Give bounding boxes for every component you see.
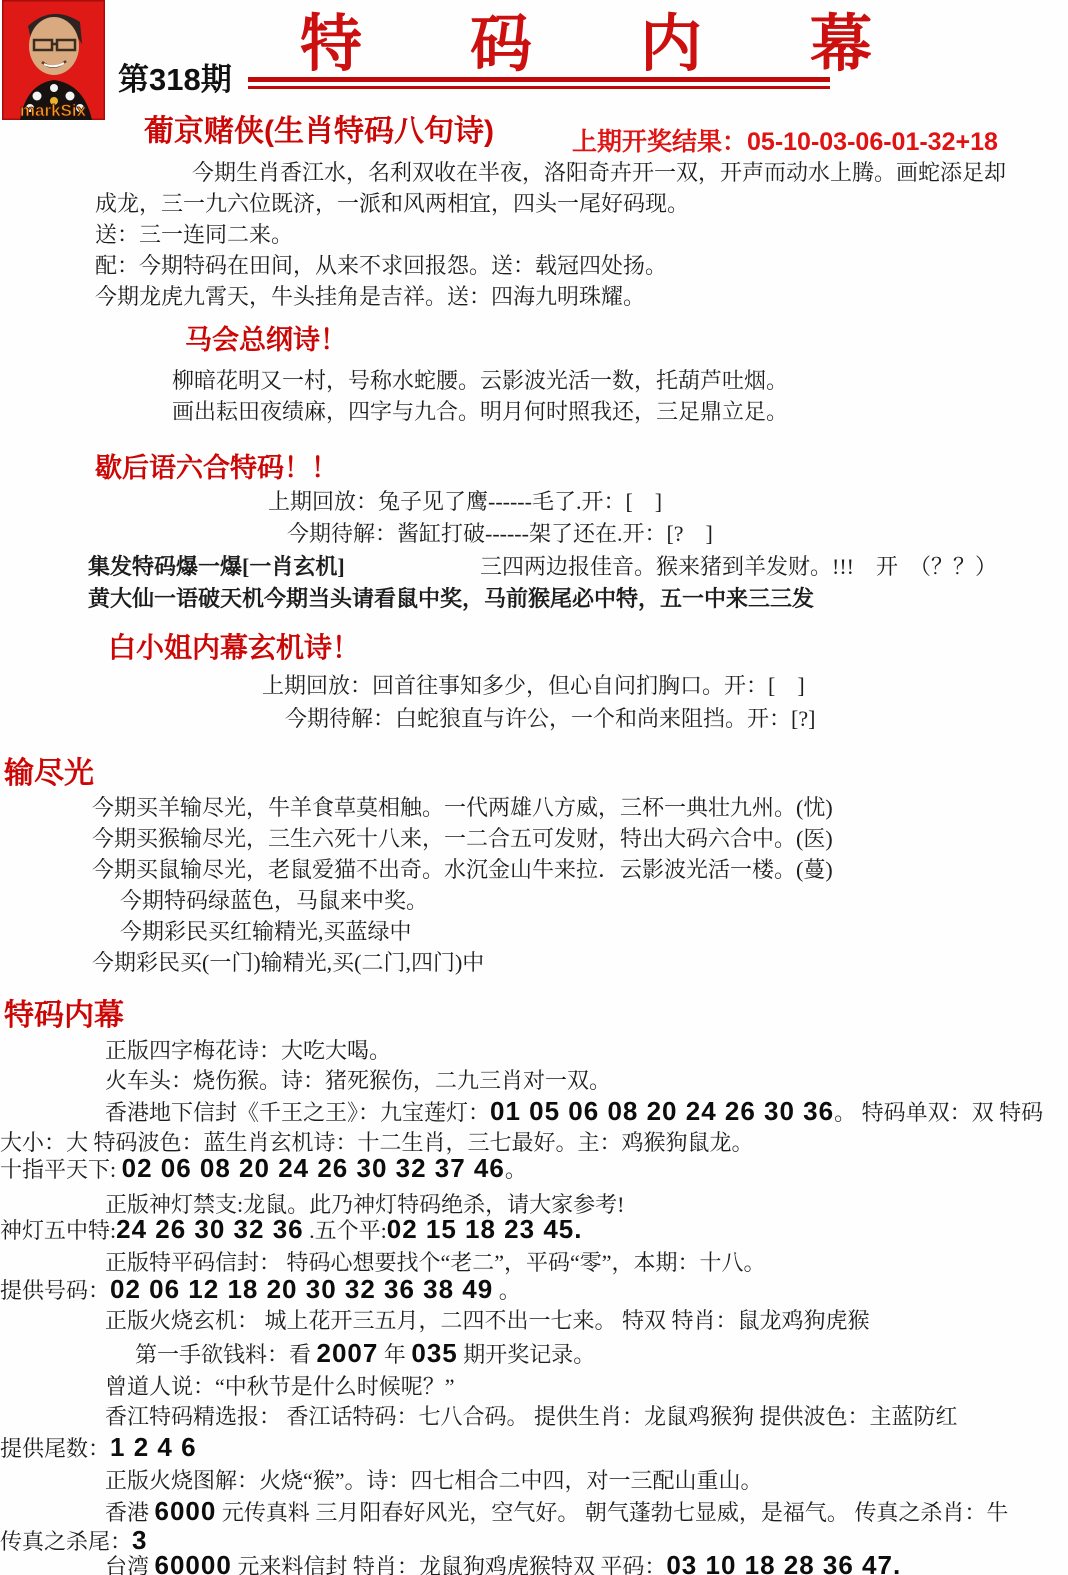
hk-amount: 6000	[155, 1496, 217, 1526]
tw-numbers: 03 10 18 28 36 47	[666, 1550, 893, 1575]
baixiaojie-last-line: 上期回放：回首往事知多少，但心自问扪胸口。开：[ ]	[262, 673, 805, 699]
section-heading-mahui: 马会总纲诗！	[185, 318, 347, 357]
neimu-wuzhong-line: 神灯五中特:24 26 30 32 36 .五个平:02 15 18 23 45…	[0, 1216, 582, 1244]
haoma-label: 提供号码：	[0, 1278, 110, 1303]
weishu-numbers: 1 2 4 6	[110, 1432, 197, 1462]
neimu-yuqian-line: 第一手欲钱料：看 2007 年 035 期开奖记录。	[135, 1340, 595, 1368]
wuzhong-label: 神灯五中特:	[0, 1218, 116, 1243]
haoma-tail: 。	[493, 1278, 521, 1303]
neimu-teping-line: 正版特平码信封： 特码心想要找个“老二”，平码“零”，本期：十八。	[105, 1250, 766, 1276]
last-draw-result-label: 上期开奖结果：	[572, 128, 747, 156]
poem8-line: 今期生肖香江水，名利双收在半夜，洛阳奇卉开一双，开声而动水上腾。画蛇添足却	[192, 160, 1006, 186]
shujinguang-line: 今期彩民买红输精光,买蓝绿中	[120, 919, 412, 945]
title-underline-top	[248, 77, 830, 82]
wuzhong-numbers-1: 24 26 30 32 36	[116, 1214, 304, 1244]
shizhi-numbers: 02 06 08 20 24 26 30 32 37 46	[122, 1153, 505, 1183]
last-draw-result: 上期开奖结果：05-10-03-06-01-32+18	[572, 122, 998, 158]
shujinguang-line: 今期彩民买(一门)输精光,买(二门,四门)中	[92, 950, 484, 976]
yuqian-issue: 035	[411, 1338, 457, 1368]
logo-brand-text: markSix	[20, 101, 87, 120]
hk-tail: 元传真料 三月阳春好风光，空气好。 朝气蓬勃七显威，是福气。 传真之杀肖：牛	[216, 1500, 1008, 1525]
neimu-zengdao-line: 曾道人说：“中秋节是什么时候呢？”	[105, 1374, 455, 1400]
neimu-xiangjiang-line: 香江特码精选报： 香江话特码：七八合码。 提供生肖：龙鼠鸡猴狗 提供波色：主蓝防…	[105, 1404, 958, 1430]
shawei-label: 传真之杀尾：	[0, 1529, 132, 1554]
wuzhong-numbers-2: 02 15 18 23 45	[387, 1214, 575, 1244]
yuqian-label: 第一手欲钱料：看	[135, 1342, 317, 1367]
shujinguang-line: 今期买猴输尽光，三生六死十八来，一二合五可发财，特出大码六合中。(医)	[92, 826, 833, 852]
last-draw-result-numbers: 05-10-03-06-01-32+18	[747, 128, 998, 156]
section-heading-shujinguang: 输尽光	[4, 748, 94, 792]
mark-six-logo-icon: markSix	[2, 0, 105, 120]
haoma-numbers: 02 06 12 18 20 30 32 36 38 49	[110, 1274, 493, 1304]
xiehouyu-current-line: 今期待解：酱缸打破------架了还在.开：[? ]	[287, 521, 713, 547]
neimu-weishu-line: 提供尾数：1 2 4 6	[0, 1434, 197, 1462]
baixiaojie-current-line: 今期待解：白蛇狼直与许公，一个和尚来阻挡。开：[?]	[285, 706, 815, 732]
shizhi-tail: 。	[505, 1157, 527, 1182]
neimu-meihua-line: 正版四字梅花诗：大吃大喝。	[105, 1038, 391, 1064]
neimu-xinfeng-line: 香港地下信封《千王之王》：九宝莲灯：01 05 06 08 20 24 26 3…	[105, 1098, 1043, 1126]
xinfeng-label: 香港地下信封《千王之王》：九宝莲灯：	[105, 1100, 490, 1125]
hk-label: 香港	[105, 1500, 155, 1525]
section-heading-baixiaojie: 白小姐内幕玄机诗！	[108, 626, 360, 666]
xiehouyu-jifa-line: 集发特码爆一爆[一肖玄机]三四两边报佳音。猴来猪到羊发财。!!! 开 （？？）	[88, 554, 345, 580]
neimu-shawei-line: 传真之杀尾：3	[0, 1527, 147, 1555]
wuzhong-mid-label: .五个平:	[304, 1218, 387, 1243]
issue-number: 第318期	[118, 54, 232, 99]
shawei-number: 3	[132, 1525, 147, 1555]
section-heading-neimu: 特码内幕	[4, 990, 124, 1034]
weishu-label: 提供尾数：	[0, 1436, 110, 1461]
title-underline-bottom	[248, 86, 830, 89]
flyer-page: markSix 第318期 特码内幕 葡京赌侠(生肖特码八句诗) 上期开奖结果：…	[0, 0, 1068, 1575]
yuqian-mid-label: 年	[378, 1342, 411, 1367]
xinfeng-tail: 。 特码单双：双 特码	[834, 1100, 1043, 1125]
neimu-shizhi-line: 十指平天下: 02 06 08 20 24 26 30 32 37 46。	[0, 1155, 527, 1183]
tw-mid-label: 元来料信封 特肖：龙鼠狗鸡虎猴特双 平码：	[232, 1554, 667, 1575]
wuzhong-tail: .	[574, 1214, 582, 1244]
poem8-line: 今期龙虎九霄天，牛头挂角是吉祥。送：四海九明珠耀。	[95, 284, 645, 310]
poem8-line: 送：三一连同二来。	[95, 222, 293, 248]
tw-amount: 60000	[155, 1550, 232, 1575]
section-heading-xiehouyu: 歇后语六合特码！！	[95, 446, 338, 485]
neimu-tujie-line: 正版火烧图解：火烧“猴”。诗：四七相合二中四，对一三配山重山。	[105, 1468, 763, 1494]
jifa-text: 三四两边报佳音。猴来猪到羊发财。!!! 开 （？？）	[480, 554, 997, 580]
xinfeng-numbers: 01 05 06 08 20 24 26 30 36	[490, 1096, 834, 1126]
neimu-huochetou-line: 火车头：烧伤猴。诗：猪死猴伤，二九三肖对一双。	[105, 1068, 611, 1094]
huangdaxian-line: 黄大仙一语破天机今期当头请看鼠中奖，马前猴尾必中特，五一中来三三发	[88, 586, 814, 612]
mahui-line: 画出耘田夜绩麻，四字与九合。明月何时照我还，三足鼎立足。	[172, 399, 788, 425]
mark-six-logo: markSix	[2, 0, 105, 120]
shujinguang-line: 今期特码绿蓝色，马鼠来中奖。	[120, 888, 428, 914]
neimu-huoshao-line: 正版火烧玄机： 城上花开三五月，二四不出一七来。 特双 特肖：鼠龙鸡狗虎猴	[105, 1308, 870, 1334]
yuqian-year: 2007	[317, 1338, 379, 1368]
shujinguang-line: 今期买鼠输尽光，老鼠爱猫不出奇。水沉金山牛来拉．云影波光活一楼。(蔓)	[92, 857, 833, 883]
yuqian-tail: 期开奖记录。	[458, 1342, 596, 1367]
neimu-hk-line: 香港 6000 元传真料 三月阳春好风光，空气好。 朝气蓬勃七显威，是福气。 传…	[105, 1498, 1008, 1526]
poem8-line: 配：今期特码在田间，从来不求回报怨。送：载冠四处扬。	[95, 253, 667, 279]
shizhi-label: 十指平天下:	[0, 1157, 122, 1182]
tw-tail: .	[893, 1550, 901, 1575]
section-heading-pujing: 葡京赌侠(生肖特码八句诗)	[144, 106, 494, 150]
xiehouyu-last-line: 上期回放：兔子见了鹰------毛了.开：[ ]	[268, 489, 662, 515]
jifa-label: 集发特码爆一爆[一肖玄机]	[88, 554, 345, 579]
neimu-tw-line: 台湾 60000 元来料信封 特肖：龙鼠狗鸡虎猴特双 平码：03 10 18 2…	[105, 1552, 901, 1575]
shujinguang-line: 今期买羊输尽光，牛羊食草莫相触。一代两雄八方威，三杯一典壮九州。(忧)	[92, 795, 833, 821]
neimu-haoma-line: 提供号码：02 06 12 18 20 30 32 36 38 49 。	[0, 1276, 521, 1304]
page-title: 特码内幕	[300, 14, 980, 76]
poem8-line: 成龙，三一九六位既济，一派和风两相宜，四头一尾好码现。	[95, 191, 689, 217]
mahui-line: 柳暗花明又一村，号称水蛇腰。云影波光活一数，托葫芦吐烟。	[172, 368, 788, 394]
tw-label: 台湾	[105, 1554, 155, 1575]
